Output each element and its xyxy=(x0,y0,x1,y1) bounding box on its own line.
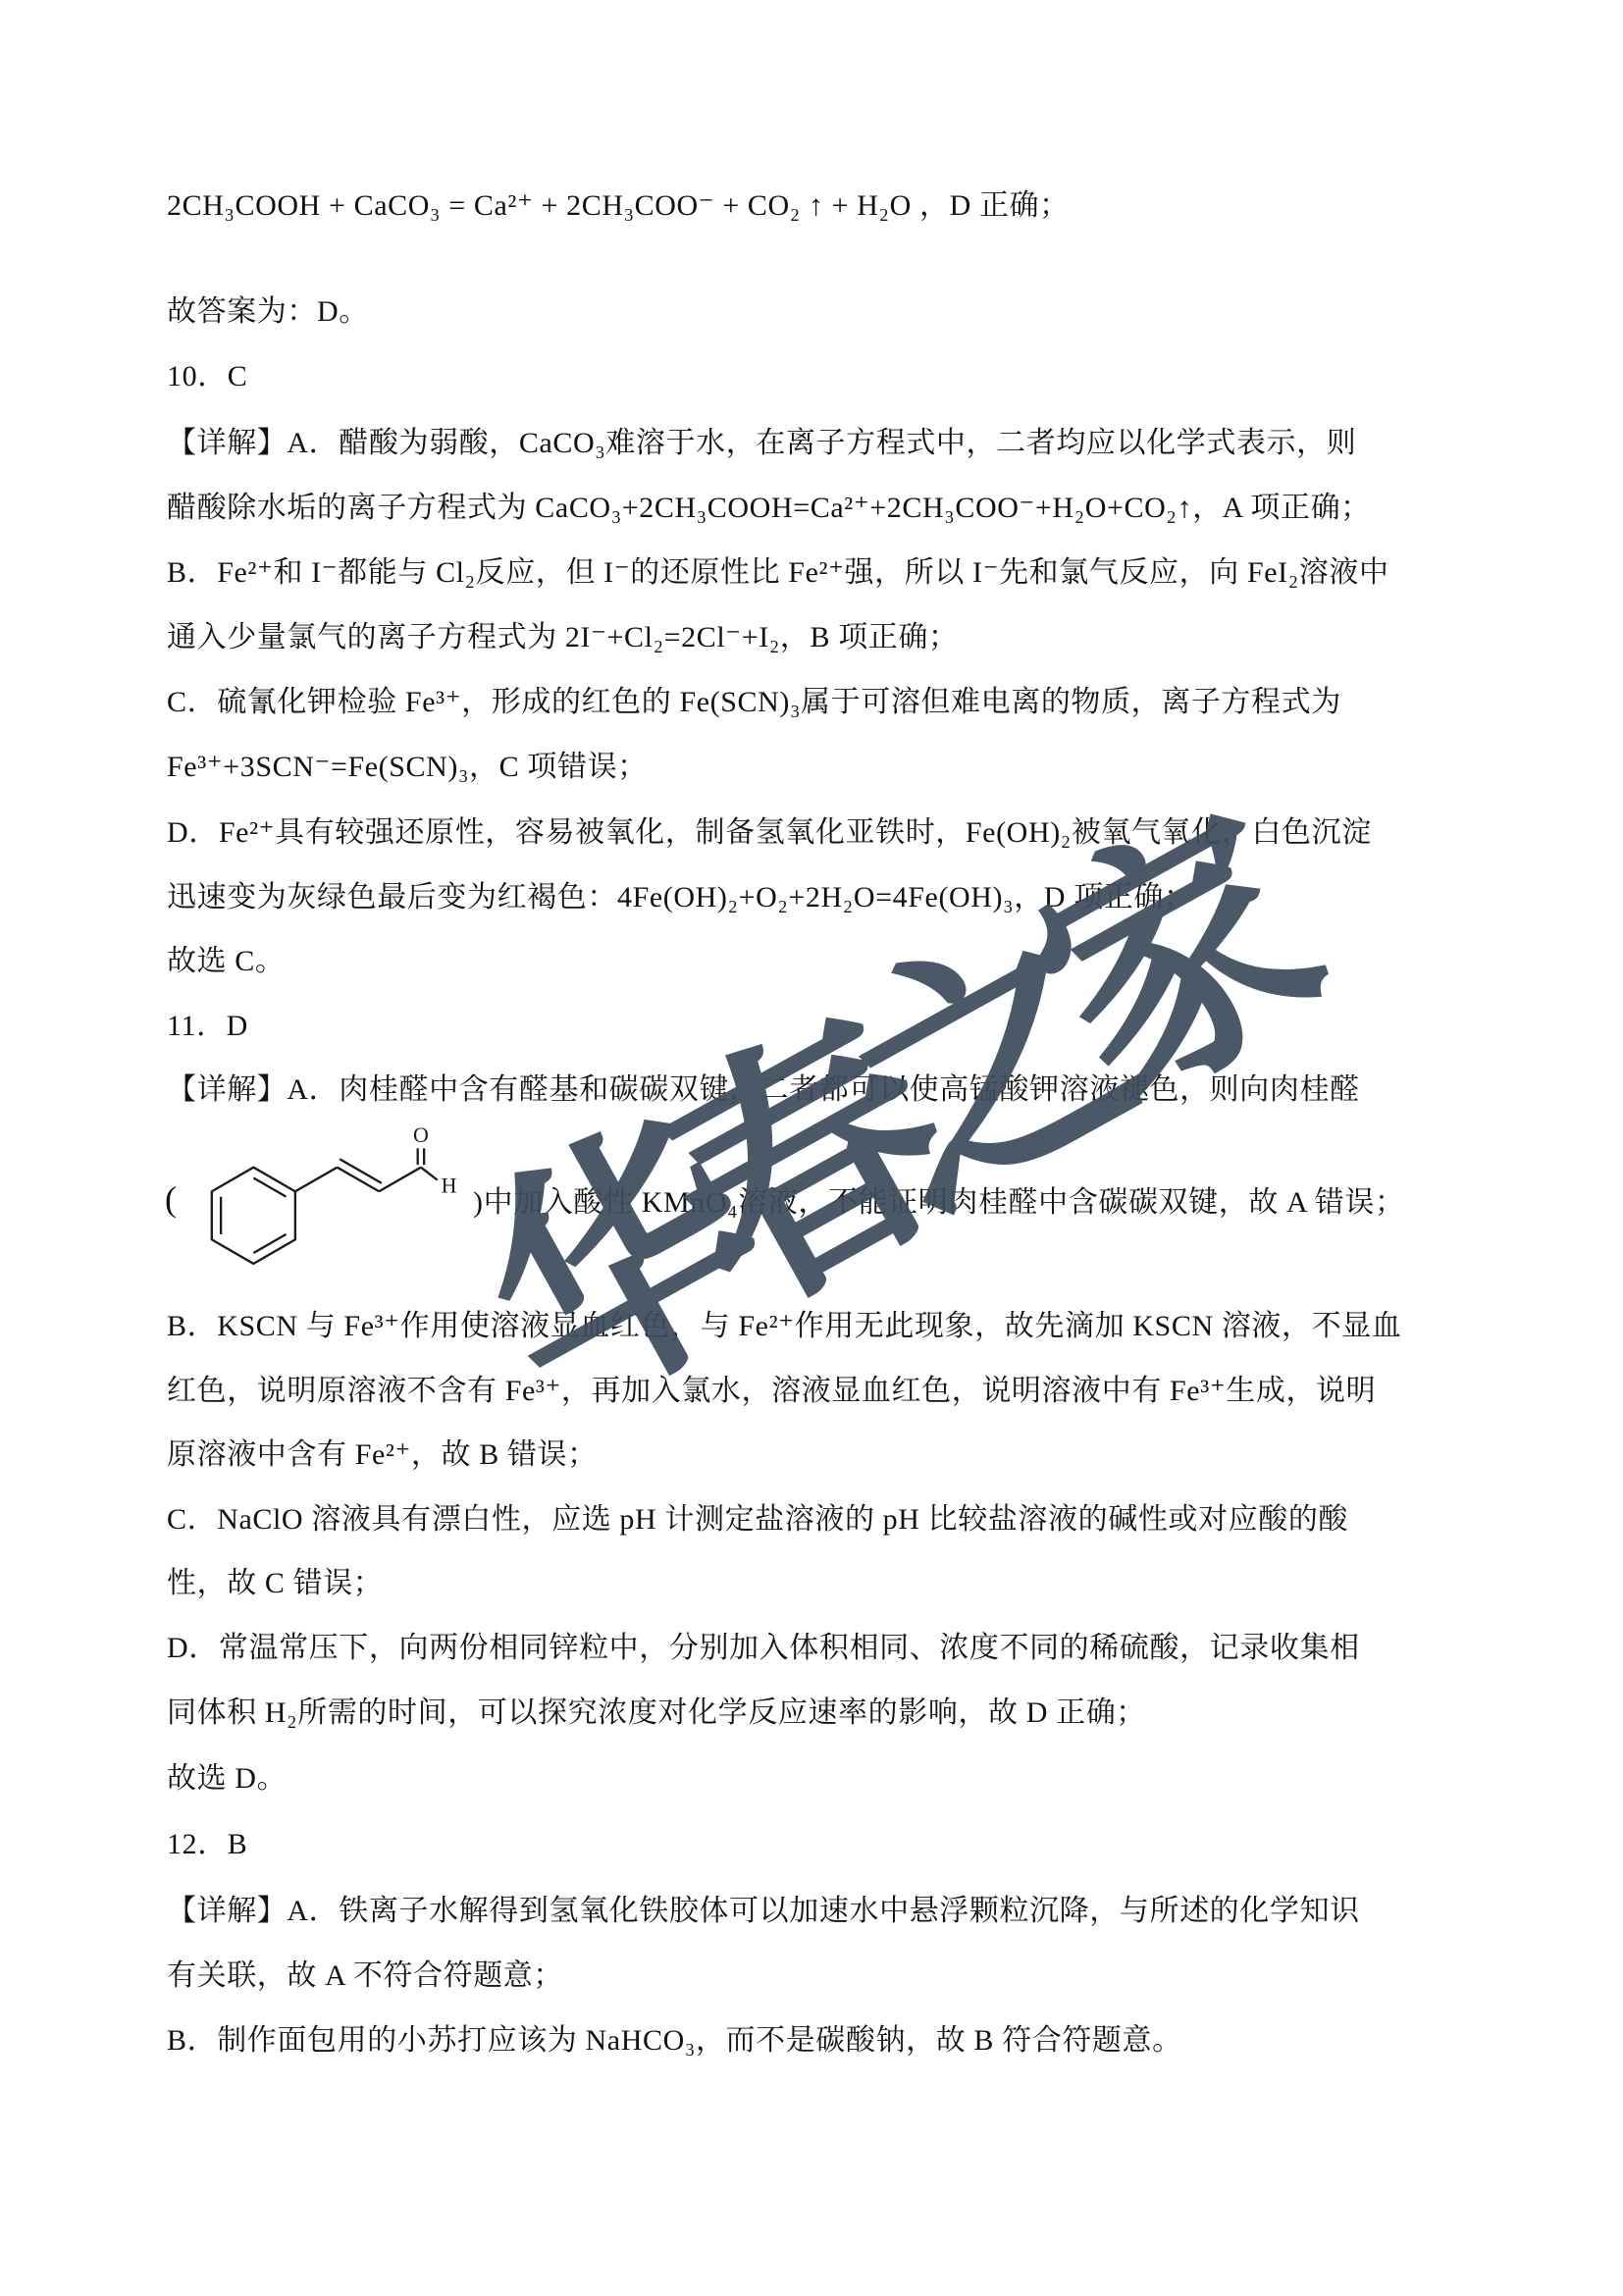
q10-explain-a2: 醋酸除水垢的离子方程式为 CaCO₃+2CH₃COOH=Ca²⁺+2CH₃COO… xyxy=(167,487,1371,530)
answer-statement-q9: 故答案为：D。 xyxy=(167,290,369,334)
q12-explain-a1: 【详解】A．铁离子水解得到氢氧化铁胶体可以加速水中悬浮颗粒沉降，与所述的化学知识 xyxy=(167,1890,1360,1933)
q11-explain-d2: 同体积 H₂所需的时间，可以探究浓度对化学反应速率的影响，故 D 正确； xyxy=(167,1692,1146,1735)
q11-explain-d1: D．常温常压下，向两份相同锌粒中，分别加入体积相同、浓度不同的稀硫酸，记录收集相 xyxy=(167,1627,1360,1670)
q10-explain-a1: 【详解】A．醋酸为弱酸，CaCO₃难溶于水，在离子方程式中，二者均应以化学式表示… xyxy=(167,422,1356,465)
answer-sheet-page: 2CH₃COOH + CaCO₃ = Ca²⁺ + 2CH₃COO⁻ + CO₂… xyxy=(0,0,1623,2296)
q10-explain-c2: Fe³⁺+3SCN⁻=Fe(SCN)₃，C 项错误； xyxy=(167,746,648,789)
q11-explain-a2: )中加入酸性 KMnO₄溶液，不能证明肉桂醛中含碳碳双键，故 A 错误； xyxy=(473,1177,1405,1221)
q11-explain-b3: 原溶液中含有 Fe²⁺，故 B 错误； xyxy=(167,1434,598,1477)
q10-explain-d1: D．Fe²⁺具有较强还原性，容易被氧化，制备氢氧化亚铁时，Fe(OH)₂被氧气氧… xyxy=(167,811,1372,855)
q11-final-choice: 故选 D。 xyxy=(167,1757,287,1800)
q11-explain-c2: 性，故 C 错误； xyxy=(167,1562,383,1605)
q11-explain-a1: 【详解】A．肉桂醛中含有醛基和碳碳双键，二者都可以使高锰酸钾溶液褪色，则向肉桂醛 xyxy=(167,1069,1360,1112)
atom-label-o: O xyxy=(413,1122,429,1147)
q10-explain-b1: B．Fe²⁺和 I⁻都能与 Cl₂反应，但 I⁻的还原性比 Fe²⁺强，所以 I… xyxy=(167,551,1389,595)
q12-explain-b1: B．制作面包用的小苏打应该为 NaHCO₃，而不是碳酸钠，故 B 符合符题意。 xyxy=(167,2019,1182,2062)
paren-open: ( xyxy=(165,1178,177,1220)
q10-final-choice: 故选 C。 xyxy=(167,940,286,983)
q12-explain-a2: 有关联，故 A 不符合符题意； xyxy=(167,1955,563,1998)
q10-explain-d2: 迅速变为灰绿色最后变为红褐色：4Fe(OH)₂+O₂+2H₂O=4Fe(OH)₃… xyxy=(167,876,1194,919)
question-10-answer: 10．C xyxy=(167,355,247,398)
q11-structure-row: ( O H )中加入酸性 KMnO₄溶液，不能证明肉桂醛中含碳碳双键，故 A 错… xyxy=(165,1117,1405,1281)
question-11-answer: 11．D xyxy=(167,1005,248,1048)
atom-label-h: H xyxy=(442,1174,457,1198)
q11-explain-c1: C．NaClO 溶液具有漂白性，应选 pH 计测定盐溶液的 pH 比较盐溶液的碱… xyxy=(167,1498,1348,1541)
q11-explain-b1: B．KSCN 与 Fe³⁺作用使溶液显血红色，与 Fe²⁺作用无此现象，故先滴加… xyxy=(167,1305,1401,1348)
q11-explain-b2: 红色，说明原溶液不含有 Fe³⁺，再加入氯水，溶液显血红色，说明溶液中有 Fe³… xyxy=(167,1370,1376,1413)
q10-explain-c1: C．硫氰化钾检验 Fe³⁺，形成的红色的 Fe(SCN)₃属于可溶但难电离的物质… xyxy=(167,681,1341,724)
question-12-answer: 12．B xyxy=(167,1823,247,1866)
cinnamaldehyde-structure: O H xyxy=(179,1117,473,1281)
q10-explain-b2: 通入少量氯气的离子方程式为 2I⁻+Cl₂=2Cl⁻+I₂，B 项正确； xyxy=(167,616,959,659)
equation-line: 2CH₃COOH + CaCO₃ = Ca²⁺ + 2CH₃COO⁻ + CO₂… xyxy=(167,184,1070,228)
